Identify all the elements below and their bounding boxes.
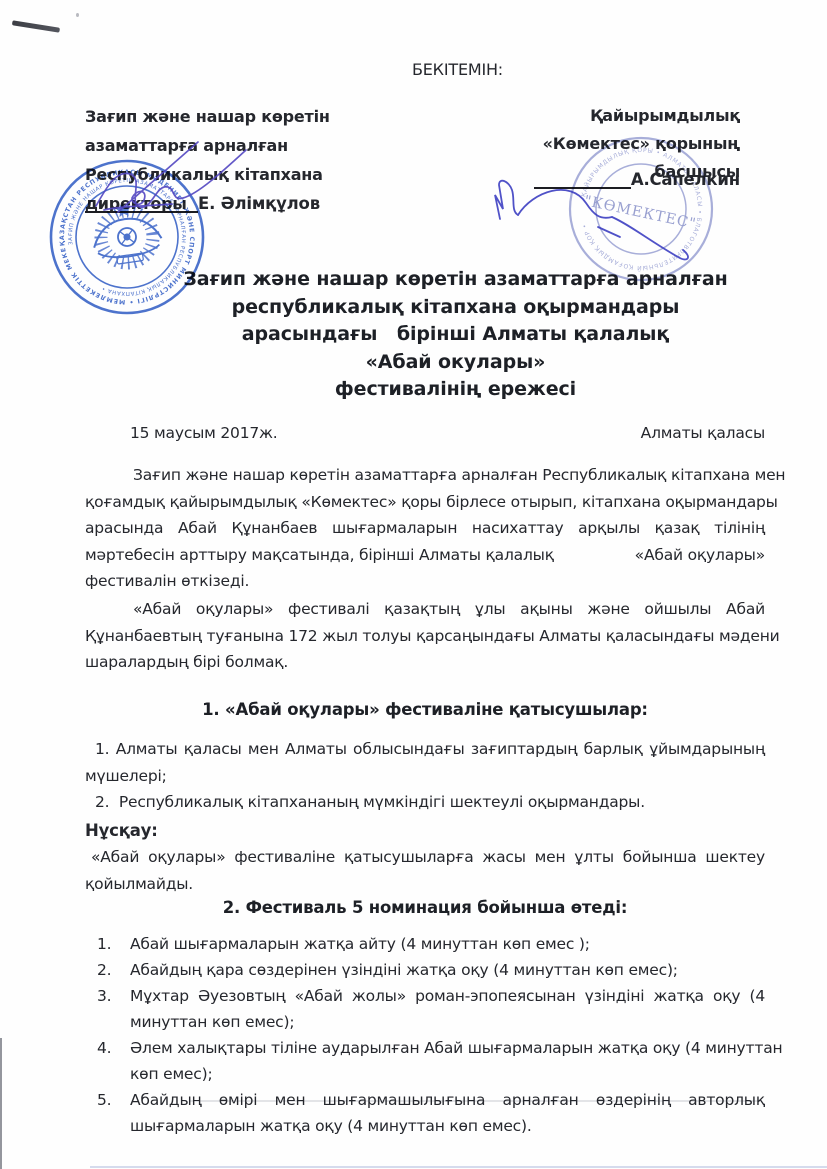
- list-item-continuation: шығармаларын жатқа оқу (4 минуттан көп е…: [130, 1113, 765, 1139]
- section2-list: 1. Абай шығармаларын жатқа айту (4 минут…: [85, 931, 765, 1139]
- section1-list: 1. Алматы қаласы мен Алматы облысындағы …: [85, 736, 765, 816]
- left-handwritten-signature: [80, 126, 280, 221]
- paragraph-line: шаралардың бірі болмақ.: [85, 649, 765, 676]
- paragraph-line: қоғамдық қайырымдылық «Көмектес» қоры бі…: [85, 489, 765, 516]
- note-label: Нұсқау:: [85, 818, 765, 845]
- paragraph-line: «Абай оқулары» фестивалі қазақтың ұлы ақ…: [85, 596, 765, 623]
- approve-label: БЕКІТЕМІН:: [44, 60, 827, 79]
- list-item: 1. Алматы қаласы мен Алматы облысындағы …: [95, 736, 765, 763]
- document-city: Алматы қаласы: [641, 424, 765, 442]
- scan-speck: [76, 13, 79, 17]
- paragraph-line: Құнанбаевтың туғанына 172 жыл толуы қарс…: [85, 623, 765, 650]
- list-item: 4. Әлем халықтары тіліне аударылған Абай…: [85, 1035, 765, 1087]
- right-handwritten-signature: [478, 165, 718, 275]
- title-line: «Абай окулары»: [42, 349, 827, 377]
- note-line: қойылмайды.: [85, 871, 765, 898]
- paragraph-line-right: «Абай оқулары»: [635, 542, 765, 569]
- title-line: арасындағы бірінші Алматы қалалық: [42, 321, 827, 349]
- paragraph-line: арасында Абай Құнанбаев шығармаларын нас…: [85, 515, 765, 542]
- list-item: 1. Абай шығармаларын жатқа айту (4 минут…: [85, 931, 765, 957]
- note-text: «Абай оқулары» фестиваліне қатысушыларға…: [85, 844, 765, 897]
- list-item-number: 4.: [97, 1035, 111, 1061]
- list-item-number: 3.: [97, 983, 111, 1009]
- list-item-continuation: минуттан көп емес);: [130, 1009, 765, 1035]
- dateline: 15 маусым 2017ж. Алматы қаласы: [85, 424, 765, 442]
- list-item-number: 1.: [97, 931, 111, 957]
- list-item-text: Абайдың өмірі мен шығармашылығына арналғ…: [130, 1087, 765, 1113]
- list-item-continuation: көп емес);: [130, 1061, 765, 1087]
- list-item: 5. Абайдың өмірі мен шығармашылығына арн…: [85, 1087, 765, 1139]
- right-signer-line: Қайырымдылық: [420, 102, 740, 130]
- list-item-text: Абайдың қара сөздерінен үзіндіні жатқа о…: [130, 957, 765, 983]
- scan-edge-bottom: [90, 1166, 827, 1168]
- paragraph-line: Зағип және нашар көретін азаматтарға арн…: [85, 462, 765, 489]
- list-item-number: 5.: [97, 1087, 111, 1113]
- list-item-continuation: мүшелері;: [85, 763, 765, 790]
- scan-edge-left: [0, 1038, 2, 1169]
- document-page: БЕКІТЕМІН: Зағип және нашар көретін азам…: [0, 0, 827, 1169]
- list-item: 2. Абайдың қара сөздерінен үзіндіні жатқ…: [85, 957, 765, 983]
- title-line: фестивалінің ережесі: [42, 376, 827, 404]
- scan-pen-mark: [12, 20, 60, 32]
- list-item-text: Мұхтар Әуезовтың «Абай жолы» роман-эпопе…: [130, 983, 765, 1009]
- list-item: 2. Республикалық кітапхананың мүмкіндігі…: [95, 789, 765, 816]
- note-line: «Абай оқулары» фестиваліне қатысушыларға…: [91, 844, 765, 871]
- list-item-text: Әлем халықтары тіліне аударылған Абай шы…: [130, 1035, 765, 1061]
- paragraph-line: мәртебесін арттыру мақсатында, бірінші А…: [85, 542, 765, 569]
- list-item: 3. Мұхтар Әуезовтың «Абай жолы» роман-эп…: [85, 983, 765, 1035]
- paragraph-2: «Абай оқулары» фестивалі қазақтың ұлы ақ…: [85, 596, 765, 676]
- list-item-text: Абай шығармаларын жатқа айту (4 минуттан…: [130, 931, 765, 957]
- section2-heading: 2. Фестиваль 5 номинация бойынша өтеді:: [85, 895, 765, 922]
- document-date: 15 маусым 2017ж.: [130, 424, 278, 442]
- list-item-number: 2.: [97, 957, 111, 983]
- paragraph-line-left: мәртебесін арттыру мақсатында, бірінші А…: [85, 542, 554, 569]
- section1-heading: 1. «Абай оқулары» фестиваліне қатысушыла…: [85, 697, 765, 724]
- paragraph-1: Зағип және нашар көретін азаматтарға арн…: [85, 462, 765, 595]
- paragraph-line: фестивалін өткізеді.: [85, 568, 765, 595]
